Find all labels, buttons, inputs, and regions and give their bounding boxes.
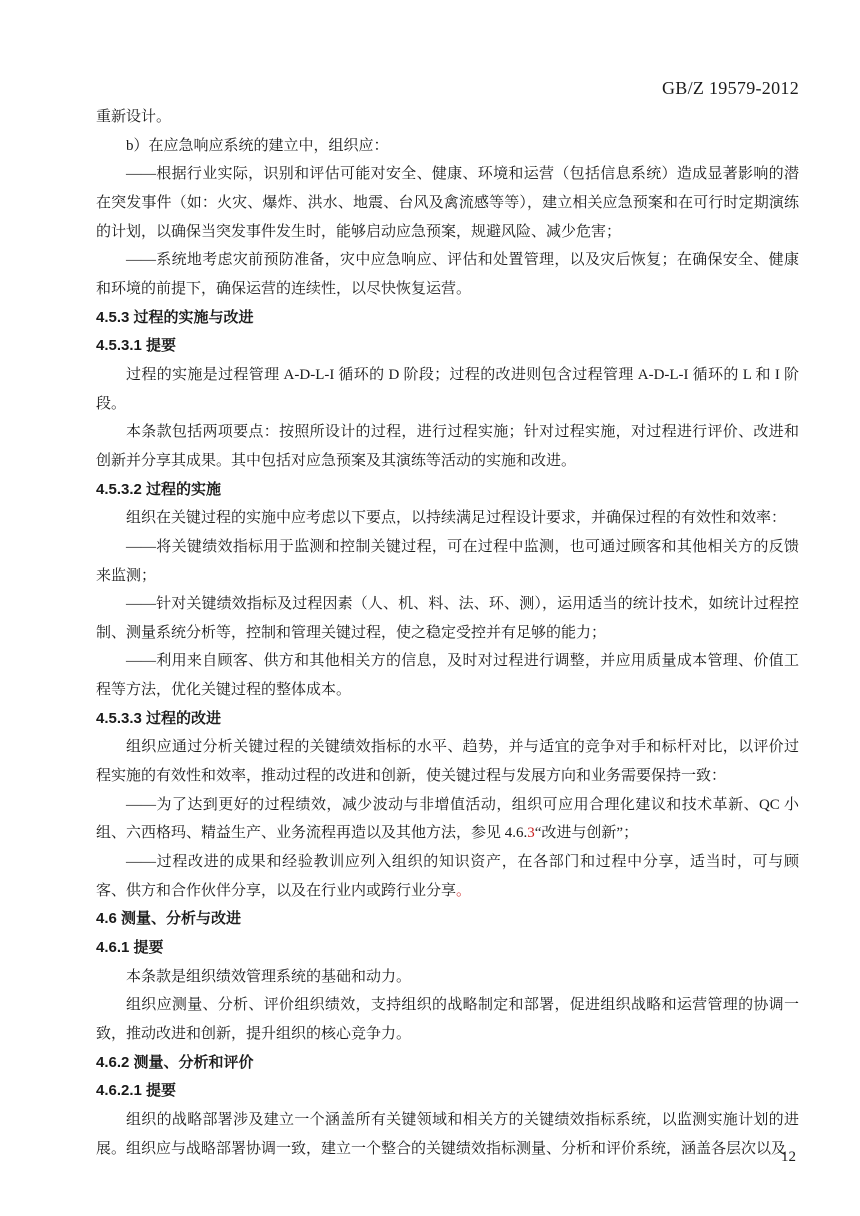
paragraph: ——为了达到更好的过程绩效，减少波动与非增值活动，组织可应用合理化建议和技术革新… <box>96 791 799 848</box>
text-run: 重新设计。 <box>96 109 171 125</box>
red-text: 3 <box>527 825 535 841</box>
text-run: 4.5.3.1 提要 <box>96 337 176 354</box>
page-number: 12 <box>781 1149 796 1166</box>
section-heading: 4.6.1 提要 <box>96 934 799 963</box>
text-run: ——针对关键绩效指标及过程因素（人、机、料、法、环、测），运用适当的统计技术，如… <box>96 596 799 641</box>
paragraph: ——系统地考虑灾前预防准备，灾中应急响应、评估和处置管理，以及灾后恢复；在确保安… <box>96 246 799 303</box>
paragraph: ——将关键绩效指标用于监测和控制关键过程，可在过程中监测，也可通过顾客和其他相关… <box>96 533 799 590</box>
paragraph: b）在应急响应系统的建立中，组织应： <box>96 132 799 161</box>
text-run: 4.6.2.1 提要 <box>96 1082 176 1099</box>
text-run: 4.6 测量、分析与改进 <box>96 910 241 927</box>
section-heading: 4.6 测量、分析与改进 <box>96 905 799 934</box>
text-run: 组织应通过分析关键过程的关键绩效指标的水平、趋势，并与适宜的竞争对手和标杆对比，… <box>96 739 799 784</box>
text-run: 组织在关键过程的实施中应考虑以下要点，以持续满足过程设计要求，并确保过程的有效性… <box>126 510 786 526</box>
section-heading: 4.5.3.1 提要 <box>96 332 799 361</box>
paragraph: 过程的实施是过程管理 A-D-L-I 循环的 D 阶段；过程的改进则包含过程管理… <box>96 361 799 418</box>
paragraph: 重新设计。 <box>96 103 799 132</box>
paragraph: 组织的战略部署涉及建立一个涵盖所有关键领域和相关方的关键绩效指标系统，以监测实施… <box>96 1106 799 1163</box>
text-run: ——利用来自顾客、供方和其他相关方的信息，及时对过程进行调整，并应用质量成本管理… <box>96 653 799 698</box>
paragraph: ——过程改进的成果和经验教训应列入组织的知识资产，在各部门和过程中分享，适当时，… <box>96 848 799 905</box>
text-run: ——为了达到更好的过程绩效，减少波动与非增值活动，组织可应用合理化建议和技术革新… <box>96 797 799 842</box>
paragraph: ——根据行业实际，识别和评估可能对安全、健康、环境和运营（包括信息系统）造成显著… <box>96 160 799 246</box>
text-run: 4.5.3.2 过程的实施 <box>96 481 221 498</box>
text-run: ——将关键绩效指标用于监测和控制关键过程，可在过程中监测，也可通过顾客和其他相关… <box>96 539 799 584</box>
paragraph: 组织应通过分析关键过程的关键绩效指标的水平、趋势，并与适宜的竞争对手和标杆对比，… <box>96 733 799 790</box>
text-run: 4.5.3 过程的实施与改进 <box>96 309 254 326</box>
text-run: 组织应测量、分析、评价组织绩效，支持组织的战略制定和部署，促进组织战略和运营管理… <box>96 997 799 1042</box>
text-run: “改进与创新”； <box>535 825 638 841</box>
section-heading: 4.5.3 过程的实施与改进 <box>96 304 799 333</box>
section-heading: 4.5.3.3 过程的改进 <box>96 705 799 734</box>
text-run: 过程的实施是过程管理 A-D-L-I 循环的 D 阶段；过程的改进则包含过程管理… <box>96 367 799 412</box>
paragraph: 组织应测量、分析、评价组织绩效，支持组织的战略制定和部署，促进组织战略和运营管理… <box>96 991 799 1048</box>
text-run: 本条款包括两项要点：按照所设计的过程，进行过程实施；针对过程实施，对过程进行评价… <box>96 424 799 469</box>
section-heading: 4.6.2 测量、分析和评价 <box>96 1049 799 1078</box>
text-run: 本条款是组织绩效管理系统的基础和动力。 <box>126 969 411 985</box>
paragraph: 组织在关键过程的实施中应考虑以下要点，以持续满足过程设计要求，并确保过程的有效性… <box>96 504 799 533</box>
text-run: ——系统地考虑灾前预防准备，灾中应急响应、评估和处置管理，以及灾后恢复；在确保安… <box>96 252 799 297</box>
text-run: 4.5.3.3 过程的改进 <box>96 710 221 727</box>
paragraph: 本条款包括两项要点：按照所设计的过程，进行过程实施；针对过程实施，对过程进行评价… <box>96 418 799 475</box>
text-run: ——过程改进的成果和经验教训应列入组织的知识资产，在各部门和过程中分享，适当时，… <box>96 854 799 899</box>
text-run: ——根据行业实际，识别和评估可能对安全、健康、环境和运营（包括信息系统）造成显著… <box>96 166 799 239</box>
text-run: b）在应急响应系统的建立中，组织应： <box>126 138 389 154</box>
paragraph: ——利用来自顾客、供方和其他相关方的信息，及时对过程进行调整，并应用质量成本管理… <box>96 647 799 704</box>
red-text: 。 <box>456 883 471 899</box>
text-run: 4.6.1 提要 <box>96 939 164 956</box>
text-run: 组织的战略部署涉及建立一个涵盖所有关键领域和相关方的关键绩效指标系统，以监测实施… <box>96 1112 799 1157</box>
section-heading: 4.6.2.1 提要 <box>96 1077 799 1106</box>
document-body: 重新设计。b）在应急响应系统的建立中，组织应：——根据行业实际，识别和评估可能对… <box>96 103 799 1163</box>
text-run: 4.6.2 测量、分析和评价 <box>96 1054 254 1071</box>
document-page: GB/Z 19579-2012 重新设计。b）在应急响应系统的建立中，组织应：—… <box>0 0 860 1216</box>
header-standard-code: GB/Z 19579-2012 <box>662 78 799 99</box>
paragraph: 本条款是组织绩效管理系统的基础和动力。 <box>96 963 799 992</box>
paragraph: ——针对关键绩效指标及过程因素（人、机、料、法、环、测），运用适当的统计技术，如… <box>96 590 799 647</box>
section-heading: 4.5.3.2 过程的实施 <box>96 476 799 505</box>
